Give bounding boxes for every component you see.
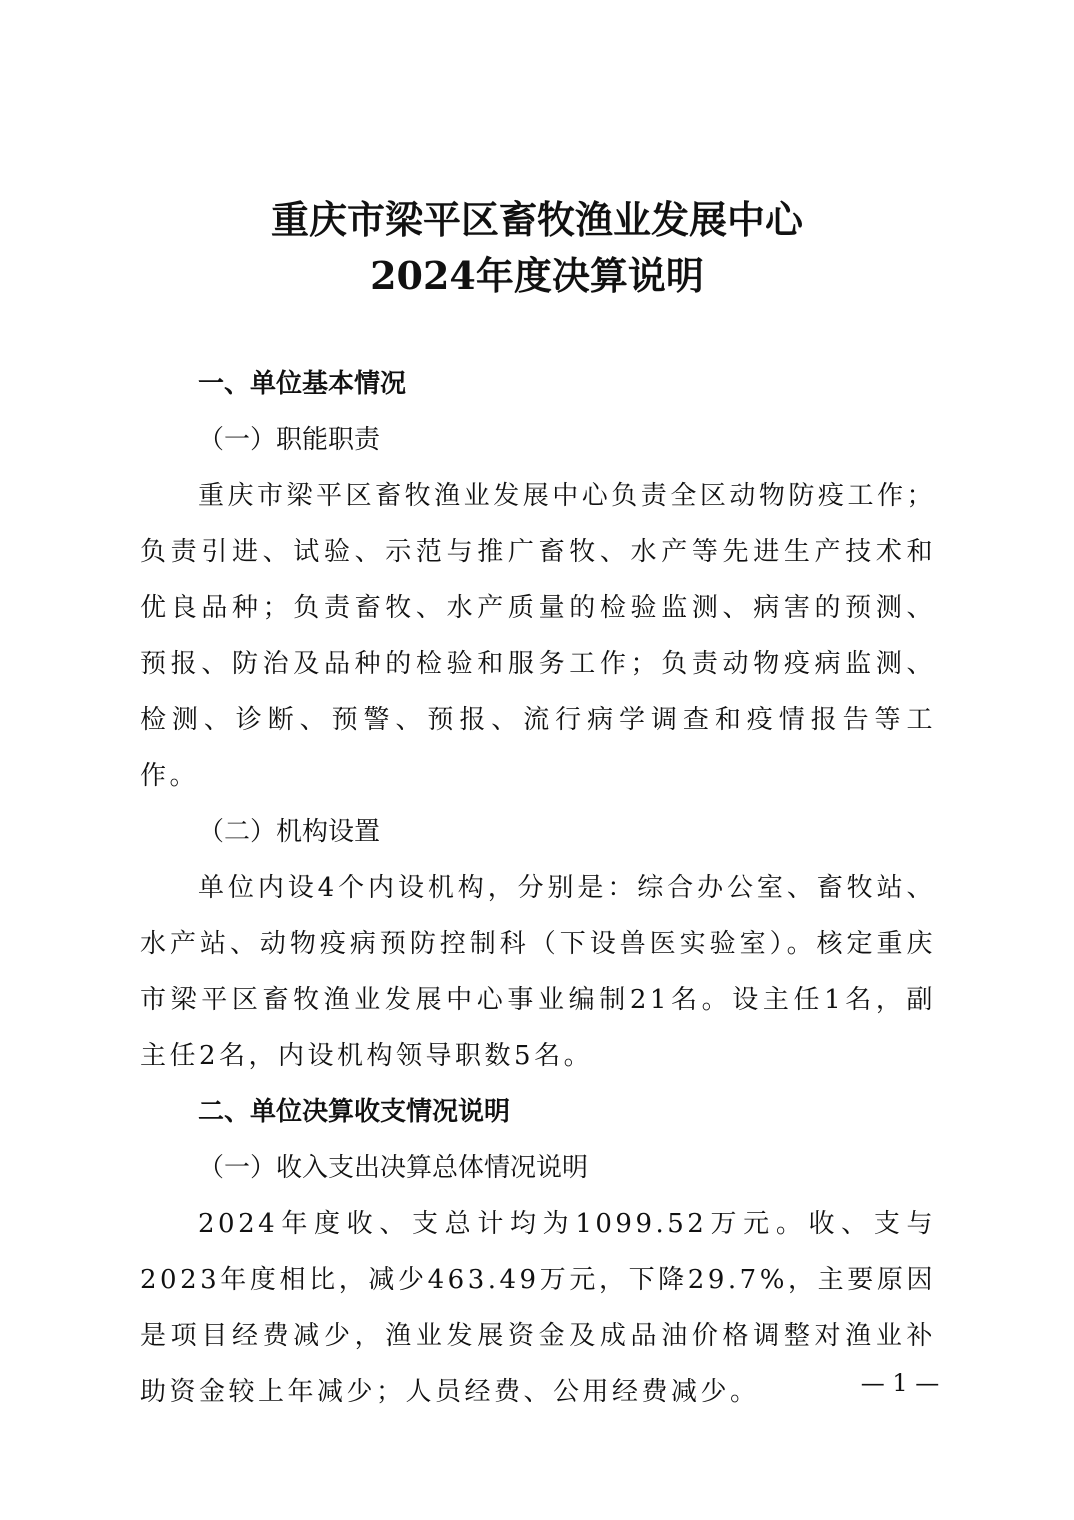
section-heading-basic-info: 一、单位基本情况 [140, 356, 936, 412]
paragraph-overall: 2024年度收、支总计均为1099.52万元。收、支与2023年度相比，减少46… [140, 1196, 936, 1420]
document-title: 重庆市梁平区畜牧渔业发展中心 2024年度决算说明 [0, 192, 1074, 304]
paragraph-organization: 单位内设4个内设机构，分别是：综合办公室、畜牧站、水产站、动物疫病预防控制科（下… [140, 860, 936, 1084]
page-number: — 1 — [855, 1368, 945, 1398]
subsection-heading-functions: （一）职能职责 [140, 412, 936, 468]
document-page: 重庆市梁平区畜牧渔业发展中心 2024年度决算说明 一、单位基本情况 （一）职能… [0, 0, 1074, 1520]
title-line-2: 2024年度决算说明 [0, 248, 1074, 304]
section-heading-budget: 二、单位决算收支情况说明 [140, 1084, 936, 1140]
paragraph-functions: 重庆市梁平区畜牧渔业发展中心负责全区动物防疫工作；负责引进、试验、示范与推广畜牧… [140, 468, 936, 804]
title-line-1: 重庆市梁平区畜牧渔业发展中心 [0, 192, 1074, 248]
subsection-heading-organization: （二）机构设置 [140, 804, 936, 860]
document-body: 一、单位基本情况 （一）职能职责 重庆市梁平区畜牧渔业发展中心负责全区动物防疫工… [140, 356, 936, 1420]
subsection-heading-overall: （一）收入支出决算总体情况说明 [140, 1140, 936, 1196]
